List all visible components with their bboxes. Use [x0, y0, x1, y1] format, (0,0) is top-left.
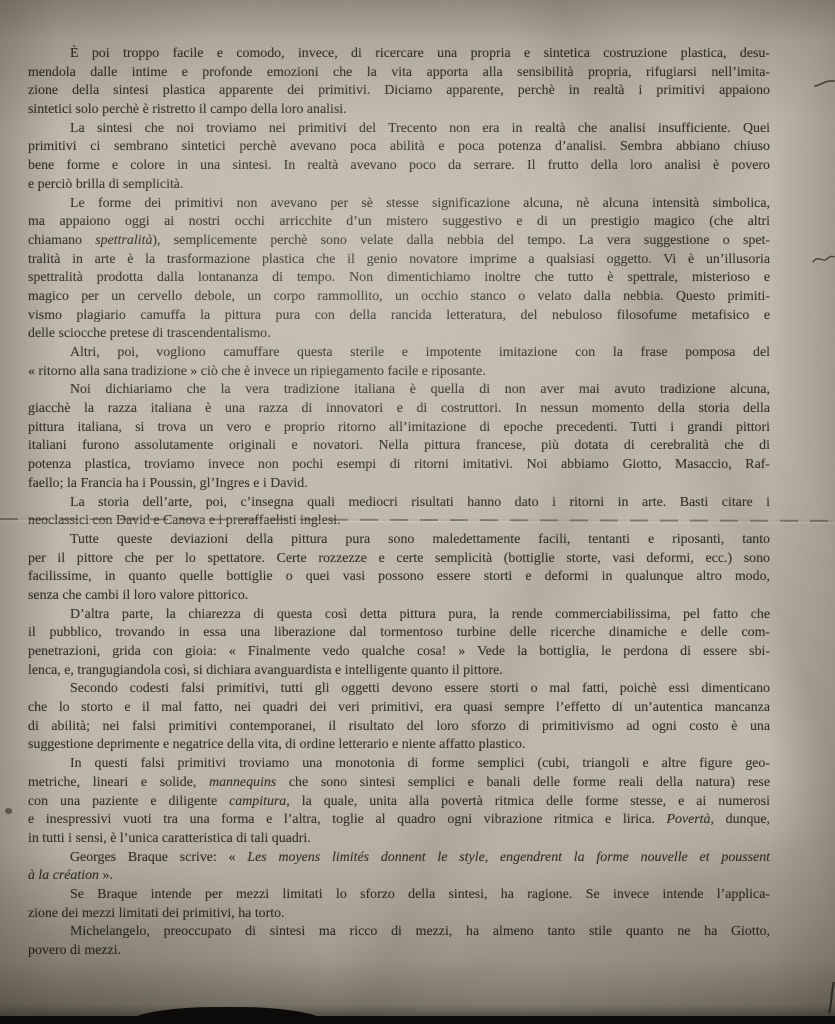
document-text: È poi troppo facile e comodo, invece, di…: [28, 45, 770, 961]
text-line: « ritorno alla sana tradizione » ciò che…: [28, 363, 770, 382]
text-line: povero di mezzi.: [28, 942, 770, 961]
text-line: lenca, e, trangugiandola così, si dichia…: [28, 662, 770, 681]
paragraph: D’altra parte, la chiarezza di questa co…: [28, 606, 770, 681]
text-line: suggestione deprimente e negatrice della…: [28, 736, 770, 755]
table-surface-bump: [128, 1007, 326, 1024]
paragraph: Se Braque intende per mezzi limitati lo …: [28, 886, 770, 923]
text-line: magico per un cervello debole, un corpo …: [28, 288, 770, 307]
paragraph: In questi falsi primitivi troviamo una m…: [28, 755, 770, 848]
paragraph: La storia dell’arte, poi, c’insegna qual…: [28, 494, 770, 531]
text-line: facilissime, in quanto quelle bottiglie …: [28, 568, 770, 587]
text-line: e perciò brilla di semplicità.: [28, 176, 770, 195]
paragraph: Georges Braque scrive: « Les moyens limi…: [28, 849, 770, 886]
text-line: faello; la Francia ha i Poussin, gl’Ingr…: [28, 475, 770, 494]
text-line: La storia dell’arte, poi, c’insegna qual…: [28, 494, 770, 513]
paragraph: La sintesi che noi troviamo nei primitiv…: [28, 120, 770, 195]
paragraph: Altri, poi, vogliono camuffare questa st…: [28, 344, 770, 381]
paragraph: Noi dichiariamo che la vera tradizione i…: [28, 381, 770, 493]
text-line: La sintesi che noi troviamo nei primitiv…: [28, 120, 770, 139]
text-line: penetrazioni, grida con gioia: « Finalme…: [28, 643, 770, 662]
text-line: per il pittore che per lo spettatore. Ce…: [28, 550, 770, 569]
text-line: Secondo codesti falsi primitivi, tutti g…: [28, 680, 770, 699]
paragraph: È poi troppo facile e comodo, invece, di…: [28, 45, 770, 120]
text-line: chiamano spettralità), semplicemente per…: [28, 232, 770, 251]
text-line: italiani furono assolutamente originali …: [28, 437, 770, 456]
text-line: Altri, poi, vogliono camuffare questa st…: [28, 344, 770, 363]
text-line: Michelangelo, preoccupato di sintesi ma …: [28, 923, 770, 942]
text-line: È poi troppo facile e comodo, invece, di…: [28, 45, 770, 64]
corner-tear-mark: [826, 982, 835, 1014]
text-line: D’altra parte, la chiarezza di questa co…: [28, 606, 770, 625]
table-surface: [0, 1016, 835, 1024]
edge-hook-mark: [812, 252, 835, 266]
paragraph: Michelangelo, preoccupato di sintesi ma …: [28, 923, 770, 960]
text-line: Georges Braque scrive: « Les moyens limi…: [28, 849, 770, 868]
text-line: potenza plastica, troviamo invece non po…: [28, 456, 770, 475]
text-line: In questi falsi primitivi troviamo una m…: [28, 755, 770, 774]
text-line: neoclassici con David e Canova e i prera…: [28, 512, 770, 531]
text-line: Noi dichiariamo che la vera tradizione i…: [28, 381, 770, 400]
text-line: di abilità; nei falsi primitivi contempo…: [28, 718, 770, 737]
text-line: zione dei mezzi limitati dei primitivi, …: [28, 905, 770, 924]
text-line: tralità in arte è la trasformazione plas…: [28, 251, 770, 270]
text-line: zione della sintesi plastica apparente d…: [28, 82, 770, 101]
paragraph: Le forme dei primitivi non avevano per s…: [28, 195, 770, 345]
text-line: spettralità prodotta dalla lontananza di…: [28, 269, 770, 288]
text-line: Tutte queste deviazioni della pittura pu…: [28, 531, 770, 550]
text-line: il pubblico, trovando in essa una libera…: [28, 624, 770, 643]
text-line: giacchè la razza italiana è una razza di…: [28, 400, 770, 419]
text-line: che lo storto e il mal fatto, nei quadri…: [28, 699, 770, 718]
text-line: senza che cambi il loro valore pittorico…: [28, 587, 770, 606]
text-line: vismo plagiario camuffa la pittura pura …: [28, 307, 770, 326]
text-line: à la création ».: [28, 867, 770, 886]
text-line: metriche, lineari e solide, mannequins c…: [28, 774, 770, 793]
paragraph: Secondo codesti falsi primitivi, tutti g…: [28, 680, 770, 755]
text-line: sintetici solo perchè è ristretto il cam…: [28, 101, 770, 120]
scanned-page: È poi troppo facile e comodo, invece, di…: [0, 0, 835, 1024]
text-line: primitivi ci sembrano sintetici perchè a…: [28, 138, 770, 157]
text-line: con una paziente e diligente campitura, …: [28, 793, 770, 812]
paragraph: Tutte queste deviazioni della pittura pu…: [28, 531, 770, 606]
edge-pen-mark: [814, 78, 835, 88]
text-line: delle sciocche pretese di trascendentali…: [28, 325, 770, 344]
text-line: bene forme e colore in una sintesi. In r…: [28, 157, 770, 176]
text-line: in tutti i sensi, è l’unica caratteristi…: [28, 830, 770, 849]
ink-speck: [4, 807, 13, 815]
text-line: e inespressivi vuoti tra una forma e l’a…: [28, 811, 770, 830]
text-line: mendola dalle intime e profonde emozioni…: [28, 64, 770, 83]
text-line: Le forme dei primitivi non avevano per s…: [28, 195, 770, 214]
text-line: ma appaiono oggi ai nostri occhi arricch…: [28, 213, 770, 232]
text-line: Se Braque intende per mezzi limitati lo …: [28, 886, 770, 905]
text-line: pittura italiana, si trova un vero e pro…: [28, 419, 770, 438]
